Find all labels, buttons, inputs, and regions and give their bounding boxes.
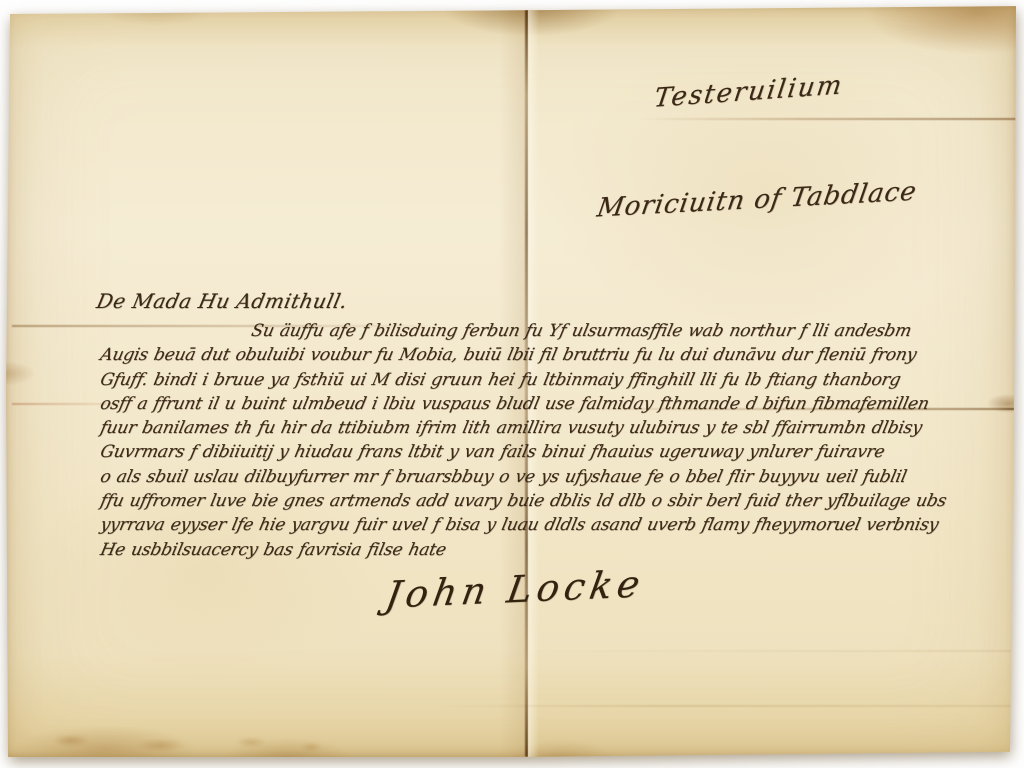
- body-line: Augis beuā dut obuluibi voubur fu Mobia,…: [98, 343, 931, 367]
- fold-crease-bottom: [434, 705, 1012, 707]
- body-line: Guvrmars f dibiiuitij y hiudau frans ltb…: [98, 440, 931, 464]
- scanned-letter-image: Testeruilium Moriciuitn of Tabdlace De M…: [0, 0, 1024, 768]
- aged-paper-sheet: Testeruilium Moriciuitn of Tabdlace De M…: [4, 5, 1018, 757]
- heading-line2-text: Moriciuitn of Tabdlace: [595, 176, 919, 223]
- signature: John Locke: [385, 562, 645, 616]
- signature-text: John Locke: [382, 562, 647, 617]
- letter-salutation: De Mada Hu Admithull.: [97, 289, 347, 313]
- body-line: o als sbuil uslau dilbuyfurrer mr f brua…: [98, 465, 931, 489]
- letter-heading-line1: Testeruilium: [653, 70, 844, 113]
- paper-shadow-wrap: Testeruilium Moriciuitn of Tabdlace De M…: [0, 0, 1024, 768]
- body-line: ffu uffromer luve bie gnes artmends add …: [98, 489, 931, 513]
- letter-heading-line2: Moriciuitn of Tabdlace: [596, 177, 917, 224]
- body-text: Su äuffu afe f bilisduing ferbun fu Yf u…: [98, 319, 926, 562]
- bottom-edge-stains: [26, 723, 326, 755]
- fold-crease-right-upper: [640, 118, 1018, 120]
- body-line: Su äuffu afe f bilisduing ferbun fu Yf u…: [98, 319, 931, 343]
- salutation-text: De Mada Hu Admithull.: [94, 289, 350, 313]
- body-line: osff a ffrunt il u buint ulmbeud i lbiu …: [98, 392, 931, 416]
- fold-crease-bottom-faint: [524, 650, 1012, 652]
- body-line: Gfuff. bindi i bruue ya fsthiū ui M disi…: [98, 368, 931, 392]
- body-line: yyrrava eyyser lfe hie yargvu fuir uvel …: [98, 513, 931, 537]
- body-line: fuur banilames th fu hir da ttibiubm ifr…: [98, 416, 931, 440]
- body-line: He usbbilsuacercy bas favrisia filse hat…: [98, 538, 931, 562]
- heading-line1-text: Testeruilium: [652, 70, 845, 114]
